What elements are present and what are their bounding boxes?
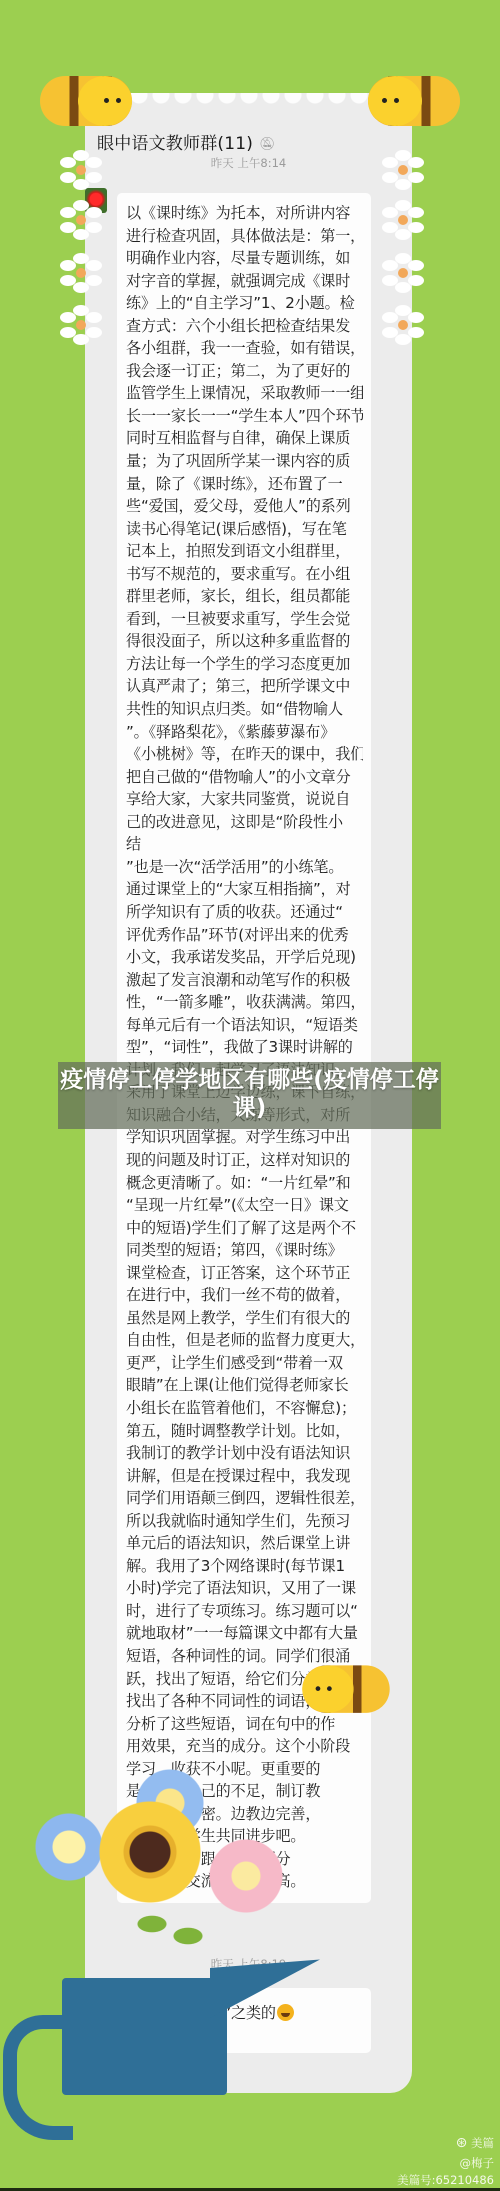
message-text-line: 各小组群，我一一查验，如有错误， <box>126 337 363 360</box>
message-text-line: 我会逐一订正；第二，为了更好的 <box>126 360 363 383</box>
message-text-line: 评优秀作品”环节(对评出来的优秀 <box>126 924 363 947</box>
message-text-line: 第五，随时调整教学计划。比如， <box>126 1420 363 1443</box>
message-text-line: 学知识巩固掌握。对学生练习中出 <box>126 1126 363 1149</box>
message-text-line: 单元后的语法知识，然后课堂上讲 <box>126 1532 363 1555</box>
message-text-line: 读书心得笔记(课后感悟)，写在笔 <box>126 518 363 541</box>
message-text-line: 群里老师，家长，组长，组员都能 <box>126 585 363 608</box>
message-text-line: 概念更清晰了。如：“一片红晕”和 <box>126 1172 363 1195</box>
message-text-line: 些“爱国，爱父母，爱他人”的系列 <box>126 495 363 518</box>
message-text-line: 课堂检查，订正答案，这个环节正 <box>126 1262 363 1285</box>
message-text-line: 明确作业内容，尽量专题训练，如 <box>126 247 363 270</box>
daisy-border <box>85 93 412 107</box>
message-text-line: 查方式：六个小组长把检查结果发 <box>126 315 363 338</box>
meipian-logo-icon: ⊛ <box>456 2135 468 2151</box>
message-bubble[interactable]: 我想线下“征文”之类的 <box>117 1988 371 2053</box>
watermark-brand: ⊛ 美篇 <box>456 2135 494 2151</box>
message-text-line: 小组长在监管着他们，不容懈怠)； <box>126 1397 363 1420</box>
message-text-line: 《小桃树》等，在昨天的课中，我们 <box>126 743 363 766</box>
message-text-line: 虽然是网上教学，学生们有很大的 <box>126 1307 363 1330</box>
message-text-line: 看到，一旦被要求重写，学生会觉 <box>126 608 363 631</box>
message-text-line: 所以我就临时通知学生们，先预习 <box>126 1510 363 1533</box>
message-text-line: 方法让每一个学生的学习态度更加 <box>126 653 363 676</box>
message-text-line: 同时互相监督与自律，确保上课质 <box>126 427 363 450</box>
message-text-line: 享给大家，大家共同鉴赏，说说自 <box>126 788 363 811</box>
message-text-line: 学习，收获不小呢。更重要的 <box>126 1758 363 1781</box>
message-text-line: 所学知识有了质的收获。还通过“ <box>126 901 363 924</box>
message-text-line: 学计划要周密。边教边完善， <box>126 1803 363 1826</box>
message-text-line: 享，互相交流，共同提高。 <box>126 1870 363 1893</box>
watermark-author: @梅子 <box>460 2155 495 2171</box>
message-text-line: 讲解，但是在授课过程中，我发现 <box>126 1465 363 1488</box>
message-text-line: 己的改进意见，这即是“阶段性小 <box>126 811 363 834</box>
message-text-line: 在进行中，我们一丝不苟的做着， <box>126 1284 363 1307</box>
message-text-line: 是，发现自己的不足，制订教 <box>126 1780 363 1803</box>
message-text-line: 找出了各种不同词性的词语，还 <box>126 1690 363 1713</box>
message-text-line: 小文，我承诺发奖品，开学后兑现) <box>126 946 363 969</box>
message-text-line: 中的短语)学生们了解了这是两个不 <box>126 1217 363 1240</box>
message-timestamp: 昨天 上午8:14 <box>85 155 412 171</box>
message-text-line: 时，进行了专项练习。练习题可以“ <box>126 1600 363 1623</box>
message-text-line: 练》上的“自主学习”1、2小题。检 <box>126 292 363 315</box>
watering-can-handle <box>3 2015 73 2140</box>
message-text-line: 每单元后有一个语法知识，“短语类 <box>126 1014 363 1037</box>
message-text-line: 以《课时练》为托本，对所讲内容 <box>126 202 363 225</box>
message-text-line: 性，“一箭多雕”，收获满满。第四， <box>126 991 363 1014</box>
message-text-line: 共性的知识点归类。如“借物喻人 <box>126 698 363 721</box>
message-text-line: 自由性，但是老师的监督力度更大， <box>126 1329 363 1352</box>
message-text-line: 小时)学完了语法知识，又用了一课 <box>126 1577 363 1600</box>
overlay-title: 疫情停工停学地区有哪些(疫情停工停课) <box>58 1066 441 1122</box>
message-text-line: “呈现一片红晕”(《太空一日》课文 <box>126 1194 363 1217</box>
mute-icon: 🔕︎ <box>259 137 276 152</box>
message-text-line: 记本上，拍照发到语文小组群里， <box>126 540 363 563</box>
message-text-line: 让我们和学生共同进步吧。 <box>126 1825 363 1848</box>
message-text-line: 量，除了《课时练》，还布置了一 <box>126 473 363 496</box>
message-text-line: 结 <box>126 833 363 856</box>
message-text-line: 我想线下“征文”之类的 <box>126 2002 363 2025</box>
message-text-line: 监管学生上课情况，采取教师一一组 <box>126 382 363 405</box>
message-text-line: 就地取材”一一每篇课文中都有大量 <box>126 1622 363 1645</box>
message-text-line: 短语，各种词性的词。同学们很涌 <box>126 1645 363 1668</box>
message-bubble[interactable]: 以《课时练》为托本，对所讲内容进行检查巩固，具体做法是：第一，明确作业内容，尽量… <box>117 193 371 1903</box>
message-text-line: 以上心得，跟各位老师分 <box>126 1848 363 1871</box>
message-text-line: 解。我用了3个网络课时(每节课1 <box>126 1555 363 1578</box>
message-text-line: 同学们用语颠三倒四，逻辑性很差， <box>126 1487 363 1510</box>
message-text-line: 激起了发言浪潮和动笔写作的积极 <box>126 969 363 992</box>
message-timestamp: 昨天 上午8:19 <box>85 1956 412 1972</box>
avatar[interactable] <box>85 188 107 213</box>
message-text-line: 型”，“词性”，我做了3课时讲解的 <box>126 1036 363 1059</box>
message-text-line: 认真严肃了；第三，把所学课文中 <box>126 675 363 698</box>
message-text-line: 进行检查巩固，具体做法是：第一， <box>126 225 363 248</box>
message-text-line: 书写不规范的，要求重写。在小组 <box>126 563 363 586</box>
message-text-line: 眼睛”在上课(让他们觉得老师家长 <box>126 1374 363 1397</box>
overlay-title-banner: 疫情停工停学地区有哪些(疫情停工停课) <box>58 1062 441 1129</box>
message-text-line: 分析了这些短语，词在句中的作 <box>126 1713 363 1736</box>
message-text-line: 量；为了巩固所学某一课内容的质 <box>126 450 363 473</box>
message-text-line: 同类型的短语；第四，《课时练》 <box>126 1239 363 1262</box>
watermark-id: 美篇号:65210486 <box>397 2172 494 2188</box>
chat-header[interactable]: 眼中语文教师群(11)🔕︎ <box>97 129 276 154</box>
message-text-line: ”也是一次“活学活用”的小练笔。 <box>126 856 363 879</box>
message-text-line: 对字音的掌握，就强调完成《课时 <box>126 270 363 293</box>
message-text-line: 长一一家长一一“学生本人”四个环节 <box>126 405 363 428</box>
laughing-emoji-icon <box>277 2004 294 2021</box>
message-text-line: ”。《驿路梨花》，《紫藤萝瀑布》 <box>126 721 363 744</box>
message-text-line: 跃，找出了短语，给它们分类，又 <box>126 1668 363 1691</box>
message-text-line: 现的问题及时订正，这样对知识的 <box>126 1149 363 1172</box>
message-text-line: 用效果，充当的成分。这个小阶段 <box>126 1735 363 1758</box>
message-text-line: 通过课堂上的“大家互相指摘”，对 <box>126 878 363 901</box>
message-text-line: 得很没面子，所以这种多重监督的 <box>126 630 363 653</box>
message-text-line: 更严，让学生们感受到“带着一双 <box>126 1352 363 1375</box>
chat-title: 眼中语文教师群(11) <box>97 134 253 154</box>
message-text-line: 把自己做的“借物喻人”的小文章分 <box>126 766 363 789</box>
message-text-line: 我制订的教学计划中没有语法知识 <box>126 1442 363 1465</box>
